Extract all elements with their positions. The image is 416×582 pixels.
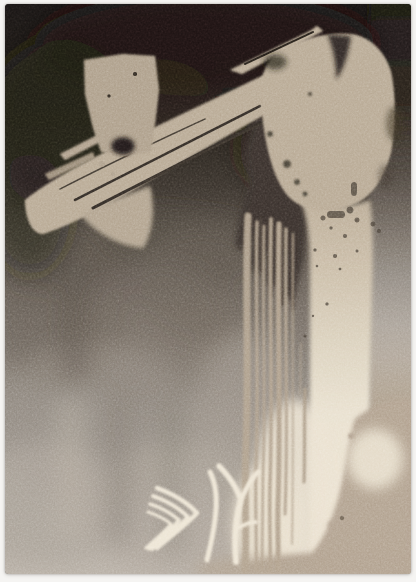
rug-artwork (5, 4, 411, 574)
grain-texture-fine (5, 4, 411, 574)
photo-background (0, 0, 416, 582)
rug-image (5, 4, 411, 574)
